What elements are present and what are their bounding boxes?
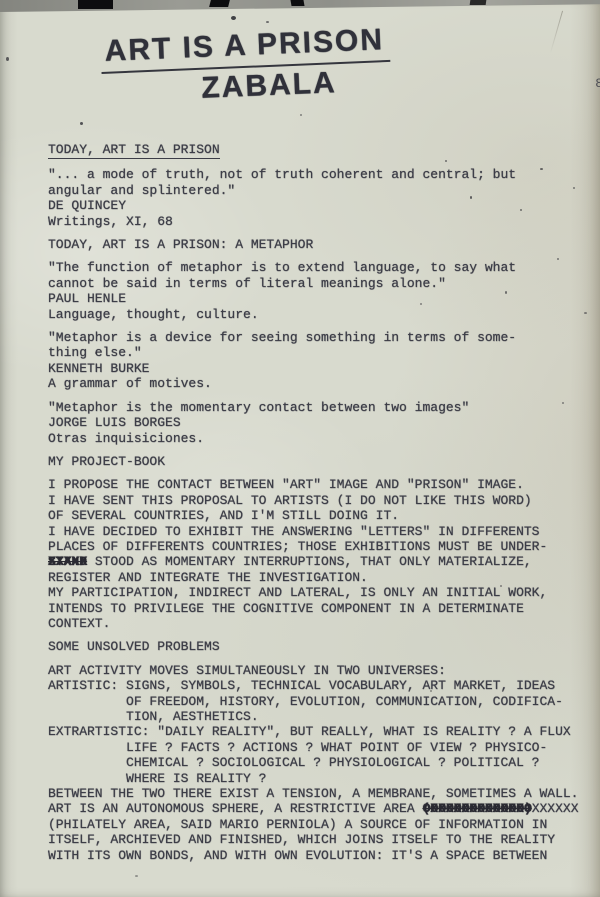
dust-speck <box>135 875 138 877</box>
dust-speck <box>300 114 302 116</box>
dust-speck <box>266 21 269 23</box>
dust-speck <box>557 258 559 260</box>
dust-speck <box>420 303 422 305</box>
overstrike-xs: XXXXX <box>48 554 87 569</box>
dust-speck <box>573 187 575 189</box>
section-heading-problems: SOME UNSOLVED PROBLEMS <box>48 639 598 654</box>
section-heading-metaphor: TODAY, ART IS A PRISON: A METAPHOR <box>48 237 598 252</box>
dust-speck <box>95 352 97 354</box>
dust-speck <box>505 291 507 294</box>
dust-speck <box>470 196 472 199</box>
dust-speck <box>540 168 543 170</box>
scanned-page: ART IS A PRISON ZABALA 8 TODAY, ART IS A… <box>0 0 600 897</box>
dust-speck <box>445 160 447 162</box>
project-text-1: I PROPOSE THE CONTACT BETWEEN "ART" IMAG… <box>48 477 547 554</box>
document-body: TODAY, ART IS A PRISON "... a mode of tr… <box>48 142 598 871</box>
tape-mark <box>209 0 230 7</box>
tape-mark <box>78 0 113 9</box>
dust-speck <box>430 690 432 692</box>
document-header: ART IS A PRISON ZABALA <box>100 24 392 110</box>
quote-paul-henle: "The function of metaphor is to extend l… <box>48 260 598 322</box>
dust-speck <box>520 209 522 211</box>
quote-kenneth-burke: "Metaphor is a device for seeing somethi… <box>48 330 598 392</box>
dust-speck <box>500 585 502 587</box>
tape-mark <box>470 0 487 5</box>
heading-underlined-text: TODAY, ART IS A PRISON <box>48 142 220 159</box>
quote-borges: "Metaphor is the momentary contact betwe… <box>48 400 598 446</box>
dust-speck <box>231 16 236 20</box>
typed-over-word: STANDXXXXX <box>48 554 87 569</box>
typed-over-area: (XXXXXXXXXXXX)OOOOOOOOOOOOOO <box>422 801 531 816</box>
overstrike-os: OOOOOOOOOOOOOO <box>422 801 531 816</box>
paragraph-project: I PROPOSE THE CONTACT BETWEEN "ART" IMAG… <box>48 477 598 631</box>
section-heading-today: TODAY, ART IS A PRISON <box>48 142 598 159</box>
tape-mark <box>290 0 304 6</box>
dust-speck <box>6 57 9 61</box>
dust-speck <box>562 402 564 404</box>
quote-de-quincey: "... a mode of truth, not of truth coher… <box>48 167 598 229</box>
paper-crease <box>550 11 563 54</box>
dust-speck <box>584 312 587 314</box>
section-heading-project-book: MY PROJECT-BOOK <box>48 454 598 469</box>
margin-mark: 8 <box>595 76 600 91</box>
paragraph-problems: ART ACTIVITY MOVES SIMULTANEOUSLY IN TWO… <box>48 663 598 863</box>
project-text-2: STOOD AS MOMENTARY INTERRUPTIONS, THAT O… <box>48 554 547 631</box>
problems-text-1: ART ACTIVITY MOVES SIMULTANEOUSLY IN TWO… <box>48 663 579 817</box>
dust-speck <box>80 122 83 125</box>
